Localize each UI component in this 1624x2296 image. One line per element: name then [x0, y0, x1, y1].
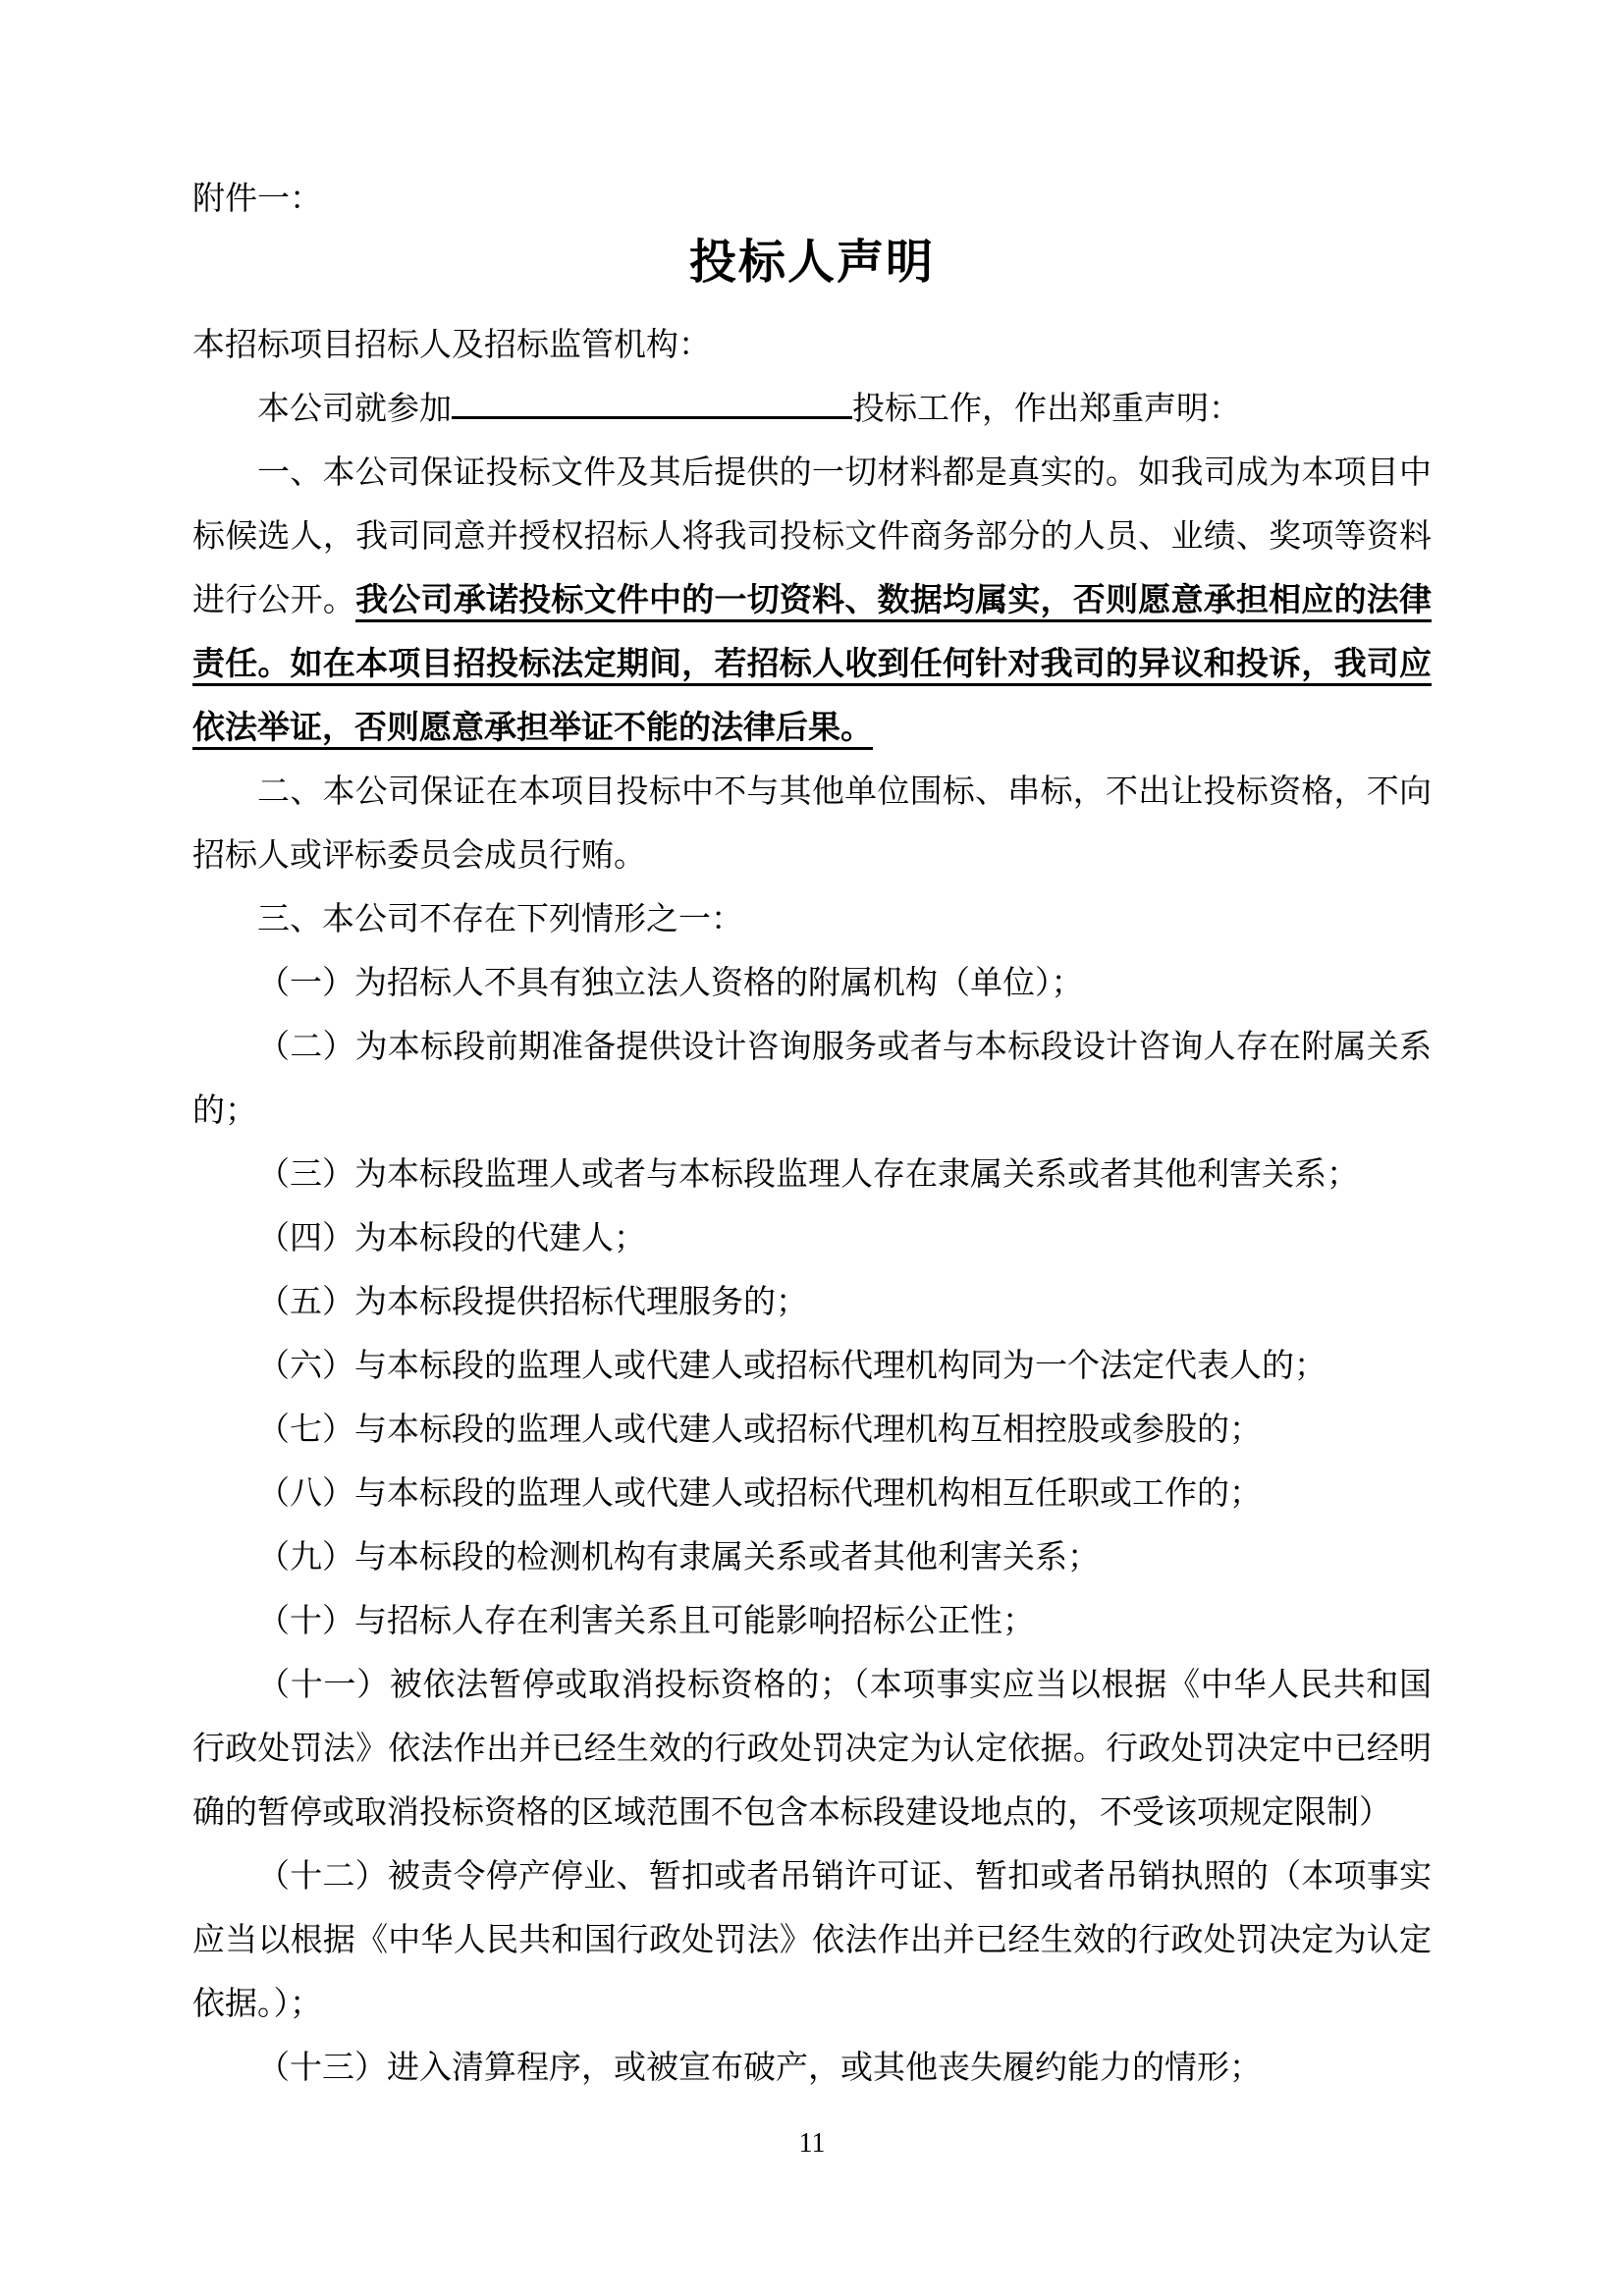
clause-three-item-3: （三）为本标段监理人或者与本标段监理人存在隶属关系或者其他利害关系；	[192, 1144, 1432, 1207]
addressee-line: 本招标项目招标人及招标监管机构：	[192, 314, 1432, 378]
clause-three-item-12: （十二）被责令停产停业、暂扣或者吊销许可证、暂扣或者吊销执照的（本项事实应当以根…	[192, 1845, 1432, 2037]
clause-three-item-9: （九）与本标段的检测机构有隶属关系或者其他利害关系；	[192, 1526, 1432, 1590]
clause-three-item-8: （八）与本标段的监理人或代建人或招标代理机构相互任职或工作的；	[192, 1463, 1432, 1526]
clause-three-item-6: （六）与本标段的监理人或代建人或招标代理机构同为一个法定代表人的；	[192, 1335, 1432, 1399]
fill-in-blank	[452, 410, 852, 419]
document-page: 附件一： 投标人声明 本招标项目招标人及招标监管机构： 本公司就参加投标工作，作…	[0, 0, 1624, 2296]
clause-three-item-4: （四）为本标段的代建人；	[192, 1207, 1432, 1271]
declaration-prefix: 本公司就参加	[257, 392, 452, 427]
clause-one-commitment: 我公司承诺投标文件中的一切资料、数据均属实，否则愿意承担相应的法律责任。如在本项…	[192, 583, 1432, 746]
clause-one: 一、本公司保证投标文件及其后提供的一切材料都是真实的。如我司成为本项目中标候选人…	[192, 442, 1432, 761]
clause-three-item-7: （七）与本标段的监理人或代建人或招标代理机构互相控股或参股的；	[192, 1399, 1432, 1463]
page-number: 11	[192, 2128, 1432, 2160]
clause-three-header: 三、本公司不存在下列情形之一：	[192, 888, 1432, 952]
declaration-suffix: 投标工作，作出郑重声明：	[852, 392, 1241, 427]
clause-three-item-2: （二）为本标段前期准备提供设计咨询服务或者与本标段设计咨询人存在附属关系的；	[192, 1016, 1432, 1144]
clause-three-item-10: （十）与招标人存在利害关系且可能影响招标公正性；	[192, 1590, 1432, 1654]
clause-three-item-11: （十一）被依法暂停或取消投标资格的；（本项事实应当以根据《中华人民共和国行政处罚…	[192, 1654, 1432, 1845]
clause-three-item-13: （十三）进入清算程序，或被宣布破产，或其他丧失履约能力的情形；	[192, 2037, 1432, 2101]
declaration-line: 本公司就参加投标工作，作出郑重声明：	[192, 378, 1432, 442]
clause-three-item-1: （一）为招标人不具有独立法人资格的附属机构（单位）；	[192, 952, 1432, 1016]
document-title: 投标人声明	[192, 238, 1432, 289]
clause-three-item-5: （五）为本标段提供招标代理服务的；	[192, 1271, 1432, 1335]
attachment-label: 附件一：	[192, 183, 1432, 216]
clause-two: 二、本公司保证在本项目投标中不与其他单位围标、串标，不出让投标资格，不向招标人或…	[192, 761, 1432, 888]
